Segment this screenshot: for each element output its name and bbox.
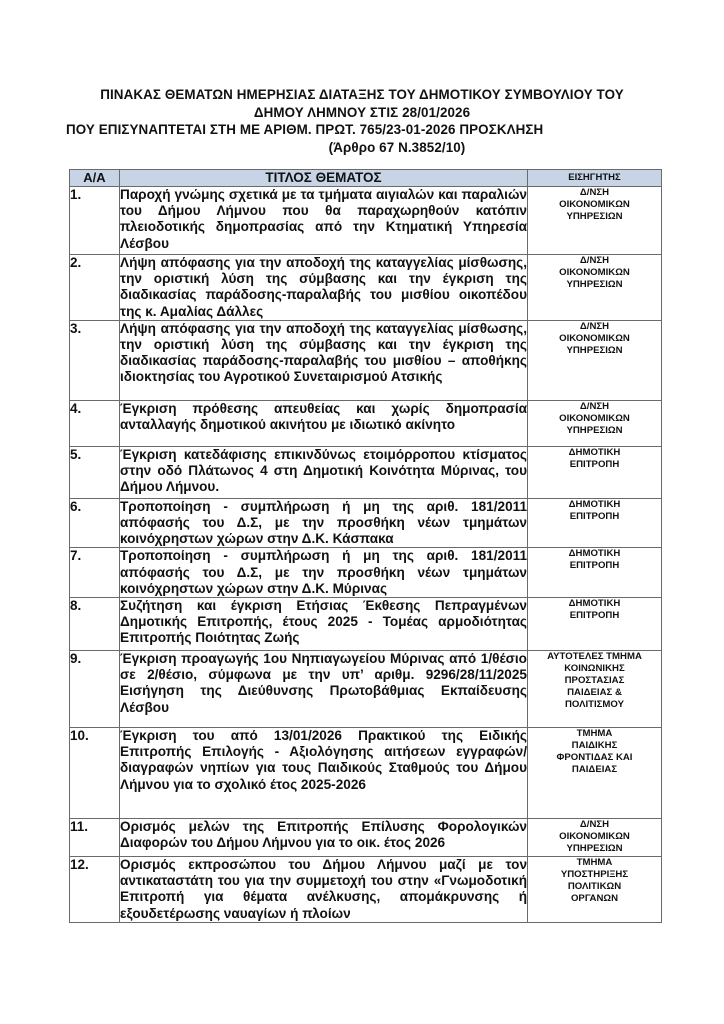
column-header-rapporteur: ΕΙΣΗΓΗΤΗΣ xyxy=(528,170,662,187)
rapporteur-line: ΕΠΙΤΡΟΠΗ xyxy=(528,459,661,471)
header-title-line-1: ΠΙΝΑΚΑΣ ΘΕΜΑΤΩΝ ΗΜΕΡΗΣΙΑΣ ΔΙΑΤΑΞΗΣ ΤΟΥ Δ… xyxy=(60,86,664,104)
rapporteur-line: ΟΡΓΑΝΩΝ xyxy=(528,893,661,905)
table-row: 8.Συζήτηση και έγκριση Ετήσιας Έκθεσης Π… xyxy=(70,598,662,651)
rapporteur-line: ΕΠΙΤΡΟΠΗ xyxy=(528,610,661,622)
item-number: 9. xyxy=(70,651,120,728)
rapporteur-line: Δ/ΝΣΗ xyxy=(528,255,661,267)
item-number: 7. xyxy=(70,548,120,598)
rapporteur-line: ΠΟΛΙΤΙΣΜΟΥ xyxy=(528,699,661,711)
rapporteur-line: ΥΠΗΡΕΣΙΩΝ xyxy=(528,279,661,291)
item-number: 10. xyxy=(70,728,120,819)
rapporteur-line: ΥΠΗΡΕΣΙΩΝ xyxy=(528,211,661,223)
rapporteur-line: ΕΠΙΤΡΟΠΗ xyxy=(528,511,661,523)
rapporteur-line: ΥΠΗΡΕΣΙΩΝ xyxy=(528,843,661,855)
rapporteur-line: ΤΜΗΜΑ xyxy=(528,857,661,869)
rapporteur-line: ΔΗΜΟΤΙΚΗ xyxy=(528,548,661,560)
table-row: 6.Τροποποίηση - συμπλήρωση ή μη της αριθ… xyxy=(70,498,662,548)
item-number: 5. xyxy=(70,446,120,498)
item-rapporteur: ΔΗΜΟΤΙΚΗΕΠΙΤΡΟΠΗ xyxy=(528,446,662,498)
item-rapporteur: Δ/ΝΣΗΟΙΚΟΝΟΜΙΚΩΝΥΠΗΡΕΣΙΩΝ xyxy=(528,187,662,255)
rapporteur-line: ΑΥΤΟΤΕΛΕΣ ΤΜΗΜΑ xyxy=(528,651,661,663)
header-invitation-line: ΠΟΥ ΕΠΙΣΥΝΑΠΤΕΤΑΙ ΣΤΗ ΜΕ ΑΡΙΘΜ. ΠΡΩΤ. 76… xyxy=(60,121,664,139)
item-rapporteur: Δ/ΝΣΗΟΙΚΟΝΟΜΙΚΩΝΥΠΗΡΕΣΙΩΝ xyxy=(528,819,662,857)
table-row: 10.Έγκριση του από 13/01/2026 Πρακτικού … xyxy=(70,728,662,819)
rapporteur-line: ΚΟΙΝΩΝΙΚΗΣ xyxy=(528,663,661,675)
item-number: 1. xyxy=(70,187,120,255)
rapporteur-line: ΥΠΗΡΕΣΙΩΝ xyxy=(528,425,661,437)
item-title: Τροποποίηση - συμπλήρωση ή μη της αριθ. … xyxy=(120,548,528,598)
rapporteur-line: ΔΗΜΟΤΙΚΗ xyxy=(528,598,661,610)
item-title: Ορισμός εκπροσώπου του Δήμου Λήμνου μαζί… xyxy=(120,857,528,923)
rapporteur-line: ΟΙΚΟΝΟΜΙΚΩΝ xyxy=(528,413,661,425)
table-row: 5.Έγκριση κατεδάφισης επικινδύνως ετοιμό… xyxy=(70,446,662,498)
header-title-line-2: ΔΗΜΟΥ ΛΗΜΝΟΥ ΣΤΙΣ 28/01/2026 xyxy=(60,104,664,122)
item-title: Έγκριση πρόθεσης απευθείας και χωρίς δημ… xyxy=(120,400,528,446)
item-rapporteur: ΤΜΗΜΑΠΑΙΔΙΚΗΣΦΡΟΝΤΙΔΑΣ ΚΑΙΠΑΙΔΕΙΑΣ xyxy=(528,728,662,819)
item-rapporteur: ΔΗΜΟΤΙΚΗΕΠΙΤΡΟΠΗ xyxy=(528,548,662,598)
item-number: 3. xyxy=(70,320,120,400)
column-header-title: ΤΙΤΛΟΣ ΘΕΜΑΤΟΣ xyxy=(120,170,528,187)
table-row: 9.Έγκριση προαγωγής 1ου Νηπιαγωγείου Μύρ… xyxy=(70,651,662,728)
item-rapporteur: Δ/ΝΣΗΟΙΚΟΝΟΜΙΚΩΝΥΠΗΡΕΣΙΩΝ xyxy=(528,255,662,321)
agenda-table-body: 1.Παροχή γνώμης σχετικά με τα τμήματα αι… xyxy=(70,187,662,923)
item-number: 6. xyxy=(70,498,120,548)
table-row: 11.Ορισμός μελών της Επιτροπής Επίλυσης … xyxy=(70,819,662,857)
rapporteur-line: Δ/ΝΣΗ xyxy=(528,401,661,413)
rapporteur-line: ΔΗΜΟΤΙΚΗ xyxy=(528,447,661,459)
item-title: Παροχή γνώμης σχετικά με τα τμήματα αιγι… xyxy=(120,187,528,255)
item-number: 11. xyxy=(70,819,120,857)
item-title: Έγκριση προαγωγής 1ου Νηπιαγωγείου Μύριν… xyxy=(120,651,528,728)
item-title: Ορισμός μελών της Επιτροπής Επίλυσης Φορ… xyxy=(120,819,528,857)
table-row: 3.Λήψη απόφασης για την αποδοχή της κατα… xyxy=(70,320,662,400)
item-number: 2. xyxy=(70,255,120,321)
item-title: Τροποποίηση - συμπλήρωση ή μη της αριθ. … xyxy=(120,498,528,548)
rapporteur-line: ΦΡΟΝΤΙΔΑΣ ΚΑΙ xyxy=(528,752,661,764)
table-row: 12.Ορισμός εκπροσώπου του Δήμου Λήμνου μ… xyxy=(70,857,662,923)
item-rapporteur: ΔΗΜΟΤΙΚΗΕΠΙΤΡΟΠΗ xyxy=(528,498,662,548)
rapporteur-line: Δ/ΝΣΗ xyxy=(528,321,661,333)
table-row: 2.Λήψη απόφασης για την αποδοχή της κατα… xyxy=(70,255,662,321)
rapporteur-line: ΟΙΚΟΝΟΜΙΚΩΝ xyxy=(528,831,661,843)
header-law-reference: (Άρθρο 67 Ν.3852/10) xyxy=(60,139,664,157)
rapporteur-line: ΕΠΙΤΡΟΠΗ xyxy=(528,560,661,572)
item-title: Έγκριση του από 13/01/2026 Πρακτικού της… xyxy=(120,728,528,819)
rapporteur-line: ΠΡΟΣΤΑΣΙΑΣ xyxy=(528,675,661,687)
item-rapporteur: ΤΜΗΜΑΥΠΟΣΤΗΡΙΞΗΣΠΟΛΙΤΙΚΩΝΟΡΓΑΝΩΝ xyxy=(528,857,662,923)
rapporteur-line: ΤΜΗΜΑ xyxy=(528,728,661,740)
rapporteur-line: ΠΟΛΙΤΙΚΩΝ xyxy=(528,881,661,893)
item-title: Λήψη απόφασης για την αποδοχή της καταγγ… xyxy=(120,320,528,400)
rapporteur-line: ΥΠΗΡΕΣΙΩΝ xyxy=(528,345,661,357)
rapporteur-line: Δ/ΝΣΗ xyxy=(528,819,661,831)
item-title: Έγκριση κατεδάφισης επικινδύνως ετοιμόρρ… xyxy=(120,446,528,498)
item-title: Λήψη απόφασης για την αποδοχή της καταγγ… xyxy=(120,255,528,321)
rapporteur-line: ΠΑΙΔΕΙΑΣ xyxy=(528,764,661,776)
rapporteur-line: ΠΑΙΔΕΙΑΣ & xyxy=(528,687,661,699)
table-row: 7.Τροποποίηση - συμπλήρωση ή μη της αριθ… xyxy=(70,548,662,598)
rapporteur-line: ΟΙΚΟΝΟΜΙΚΩΝ xyxy=(528,333,661,345)
table-row: 1.Παροχή γνώμης σχετικά με τα τμήματα αι… xyxy=(70,187,662,255)
table-row: 4.Έγκριση πρόθεσης απευθείας και χωρίς δ… xyxy=(70,400,662,446)
column-header-number: Α/Α xyxy=(70,170,120,187)
item-number: 8. xyxy=(70,598,120,651)
table-header-row: Α/Α ΤΙΤΛΟΣ ΘΕΜΑΤΟΣ ΕΙΣΗΓΗΤΗΣ xyxy=(70,170,662,187)
item-rapporteur: ΑΥΤΟΤΕΛΕΣ ΤΜΗΜΑΚΟΙΝΩΝΙΚΗΣΠΡΟΣΤΑΣΙΑΣΠΑΙΔΕ… xyxy=(528,651,662,728)
rapporteur-line: ΥΠΟΣΤΗΡΙΞΗΣ xyxy=(528,869,661,881)
item-title: Συζήτηση και έγκριση Ετήσιας Έκθεσης Πεπ… xyxy=(120,598,528,651)
rapporteur-line: ΟΙΚΟΝΟΜΙΚΩΝ xyxy=(528,199,661,211)
rapporteur-line: ΠΑΙΔΙΚΗΣ xyxy=(528,740,661,752)
rapporteur-line: Δ/ΝΣΗ xyxy=(528,187,661,199)
document-header: ΠΙΝΑΚΑΣ ΘΕΜΑΤΩΝ ΗΜΕΡΗΣΙΑΣ ΔΙΑΤΑΞΗΣ ΤΟΥ Δ… xyxy=(60,86,664,156)
agenda-table: Α/Α ΤΙΤΛΟΣ ΘΕΜΑΤΟΣ ΕΙΣΗΓΗΤΗΣ 1.Παροχή γν… xyxy=(69,169,662,923)
item-number: 4. xyxy=(70,400,120,446)
item-rapporteur: ΔΗΜΟΤΙΚΗΕΠΙΤΡΟΠΗ xyxy=(528,598,662,651)
rapporteur-line: ΟΙΚΟΝΟΜΙΚΩΝ xyxy=(528,267,661,279)
item-rapporteur: Δ/ΝΣΗΟΙΚΟΝΟΜΙΚΩΝΥΠΗΡΕΣΙΩΝ xyxy=(528,400,662,446)
item-rapporteur: Δ/ΝΣΗΟΙΚΟΝΟΜΙΚΩΝΥΠΗΡΕΣΙΩΝ xyxy=(528,320,662,400)
item-number: 12. xyxy=(70,857,120,923)
rapporteur-line: ΔΗΜΟΤΙΚΗ xyxy=(528,499,661,511)
